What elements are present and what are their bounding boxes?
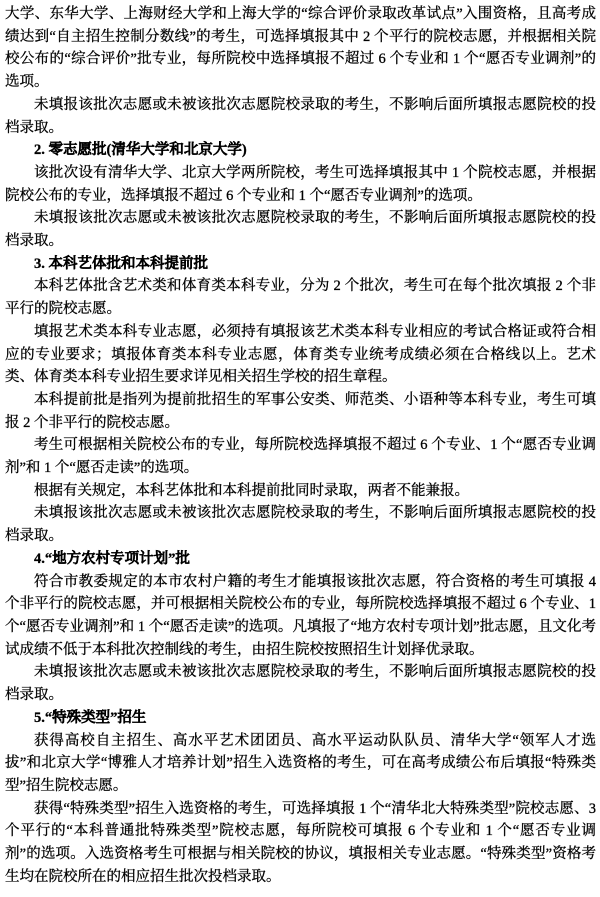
paragraph: 填报艺术类本科专业志愿，必须持有填报该艺术类本科专业相应的考试合格证或符合相应的… — [5, 321, 596, 389]
paragraph: 符合市教委规定的本市农村户籍的考生才能填报该批次志愿，符合资格的考生可填报 4 … — [5, 571, 596, 662]
paragraph: 获得高校自主招生、高水平艺术团团员、高水平运动队队员、清华大学“领军人才选拔”和… — [5, 730, 596, 798]
paragraph: 本科提前批是指列为提前批招生的军事公安类、师范类、小语种等本科专业，考生可填报 … — [5, 389, 596, 434]
section-heading: 5.“特殊类型”招生 — [5, 707, 596, 730]
section-heading: 3. 本科艺体批和本科提前批 — [5, 253, 596, 276]
paragraph: 未填报该批次志愿或未被该批次志愿院校录取的考生，不影响后面所填报志愿院校的投档录… — [5, 94, 596, 139]
paragraph: 考生可根据相关院校公布的专业，每所院校选择填报不超过 6 个专业、1 个“愿否专… — [5, 434, 596, 479]
paragraph: 未填报该批次志愿或未被该批次志愿院校录取的考生，不影响后面所填报志愿院校的投档录… — [5, 661, 596, 706]
document-body: 大学、东华大学、上海财经大学和上海大学的“综合评价录取改革试点”入围资格，且高考… — [5, 3, 596, 888]
paragraph: 未填报该批次志愿或未被该批次志愿院校录取的考生，不影响后面所填报志愿院校的投档录… — [5, 502, 596, 547]
document-page: 大学、东华大学、上海财经大学和上海大学的“综合评价录取改革试点”入围资格，且高考… — [0, 0, 600, 897]
paragraph: 根据有关规定，本科艺体批和本科提前批同时录取，两者不能兼报。 — [5, 480, 596, 503]
paragraph: 本科艺体批含艺术类和体育类本科专业，分为 2 个批次，考生可在每个批次填报 2 … — [5, 275, 596, 320]
paragraph: 该批次设有清华大学、北京大学两所院校，考生可选择填报其中 1 个院校志愿，并根据… — [5, 162, 596, 207]
section-heading: 4.“地方农村专项计划”批 — [5, 548, 596, 571]
paragraph: 获得“特殊类型”招生入选资格的考生，可选择填报 1 个“清华北大特殊类型”院校志… — [5, 798, 596, 889]
section-heading: 2. 零志愿批(清华大学和北京大学) — [5, 139, 596, 162]
paragraph: 大学、东华大学、上海财经大学和上海大学的“综合评价录取改革试点”入围资格，且高考… — [5, 3, 596, 94]
paragraph: 未填报该批次志愿或未被该批次志愿院校录取的考生，不影响后面所填报志愿院校的投档录… — [5, 207, 596, 252]
